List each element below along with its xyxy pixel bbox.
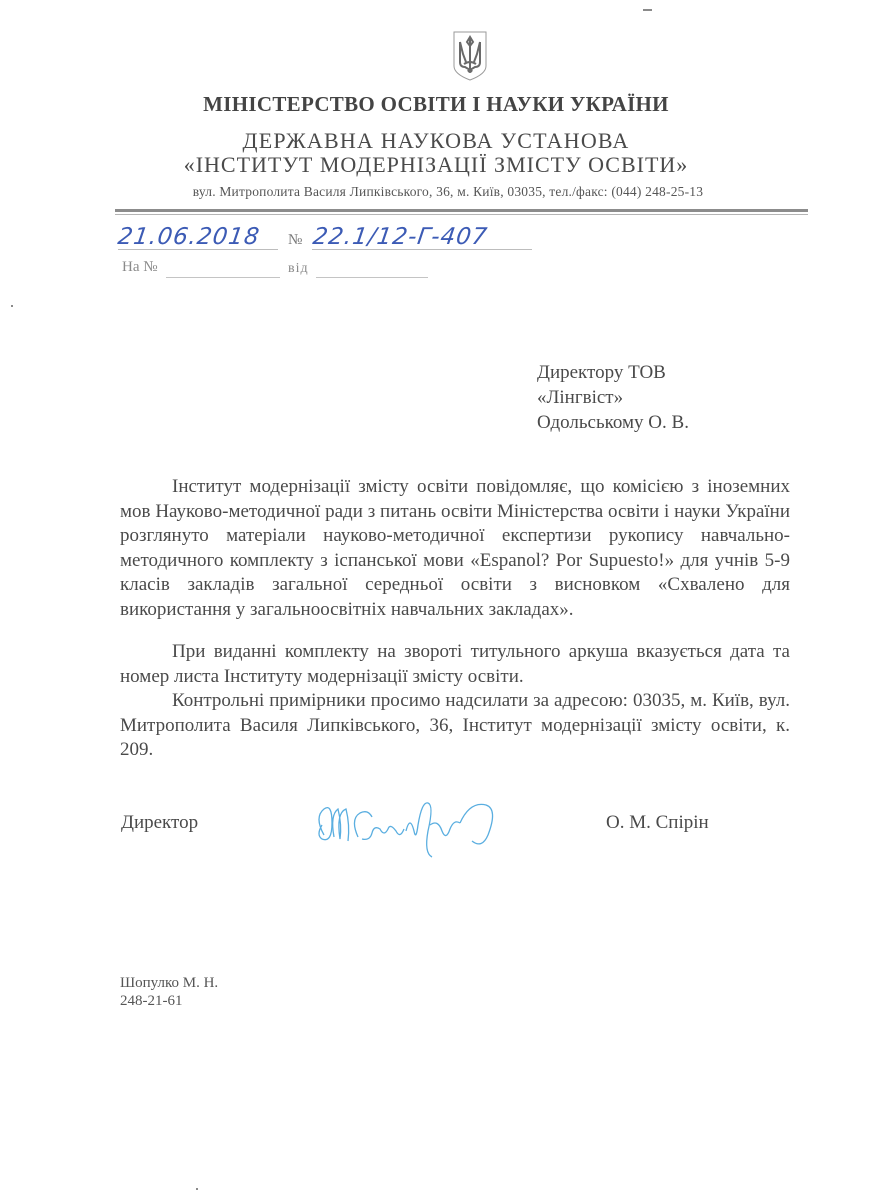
institution-address: вул. Митрополита Василя Липківського, 36… bbox=[12, 184, 872, 200]
scan-speck bbox=[196, 1188, 198, 1190]
outgoing-number-underline bbox=[312, 249, 532, 250]
paragraph-text: При виданні комплекту на звороті титульн… bbox=[120, 641, 790, 687]
reply-from-date-field bbox=[316, 277, 428, 278]
executor-phone: 248-21-61 bbox=[120, 993, 183, 1010]
outgoing-date-underline bbox=[118, 249, 278, 250]
outgoing-date: 21.06.2018 bbox=[116, 224, 261, 250]
addressee-company: «Лінгвіст» bbox=[537, 387, 623, 409]
scan-speck bbox=[643, 9, 652, 11]
body-paragraph: Контрольні примірники просимо надсилати … bbox=[120, 689, 790, 763]
reply-to-number-label: На № bbox=[122, 259, 158, 276]
ministry-name: МІНІСТЕРСТВО ОСВІТИ І НАУКИ УКРАЇНИ bbox=[0, 92, 872, 117]
signatory-name: О. М. Спірін bbox=[606, 812, 709, 834]
outgoing-number-label: № bbox=[288, 232, 302, 249]
addressee-name: Одольському О. В. bbox=[537, 412, 689, 434]
institution-type: ДЕРЖАВНА НАУКОВА УСТАНОВА bbox=[0, 128, 872, 154]
reply-to-number-field bbox=[166, 277, 280, 278]
handwritten-signature-icon bbox=[310, 795, 510, 865]
institution-name: «ІНСТИТУТ МОДЕРНІЗАЦІЇ ЗМІСТУ ОСВІТИ» bbox=[0, 152, 872, 178]
paragraph-text: Контрольні примірники просимо надсилати … bbox=[120, 690, 790, 760]
signatory-role: Директор bbox=[121, 812, 198, 834]
reply-from-date-label: від bbox=[288, 261, 309, 277]
header-divider bbox=[115, 209, 808, 212]
header-divider-thin bbox=[115, 214, 808, 215]
body-paragraph: Інститут модернізації змісту освіти пові… bbox=[120, 475, 790, 622]
outgoing-number: 22.1/12-Г-407 bbox=[311, 224, 489, 250]
body-paragraph: При виданні комплекту на звороті титульн… bbox=[120, 640, 790, 689]
addressee-position: Директору ТОВ bbox=[537, 362, 666, 384]
paragraph-text: Інститут модернізації змісту освіти пові… bbox=[120, 476, 790, 620]
executor-name: Шопулко М. Н. bbox=[120, 975, 218, 992]
scan-speck bbox=[11, 305, 13, 307]
trident-coat-of-arms-icon bbox=[451, 30, 489, 82]
